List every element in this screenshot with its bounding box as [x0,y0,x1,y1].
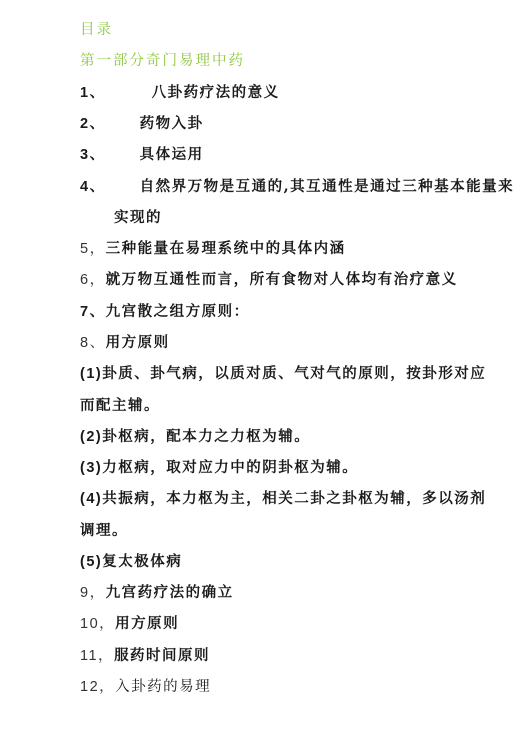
item-number: (5) [80,552,102,572]
item-number: 8、 [80,333,106,353]
toc-item-11[interactable]: 11，服药时间原则 [80,646,210,666]
toc-item-6[interactable]: 6，就万物互通性而言，所有食物对人体均有治疗意义 [80,270,458,290]
item-number: 3、 [80,145,106,165]
document-page: 目录 第一部分奇门易理中药 1、八卦药疗法的意义 2、药物入卦 3、具体运用 4… [0,0,527,753]
item-text: 卦枢病，配本力之力枢为辅。 [102,428,310,445]
item-text: 药物入卦 [140,115,204,132]
item-number: 10， [80,614,115,634]
item-text: 卦质、卦气病，以质对质、气对气的原则，按卦形对应 [102,365,486,382]
item-text: 九宫药疗法的确立 [106,584,234,601]
toc-item-3[interactable]: 3、具体运用 [80,145,204,165]
item-number: 7、 [80,302,106,322]
sub-item-4-continuation: 调理。 [80,521,128,541]
item-text: 共振病，本力枢为主，相关二卦之卦枢为辅，多以汤剂 [102,490,486,507]
item-text: 服药时间原则 [114,647,210,664]
item-number: 4、 [80,177,106,197]
toc-item-10[interactable]: 10，用方原则 [80,614,179,634]
item-number: 9， [80,583,106,603]
item-text: 八卦药疗法的意义 [152,84,280,101]
item-text: 用方原则 [115,615,179,632]
item-text: 入卦药的易理 [115,679,211,695]
item-number: (1) [80,364,102,384]
item-text: 自然界万物是互通的,其互通性是通过三种基本能量来 [140,178,515,195]
item-number: 6， [80,270,106,290]
toc-item-4[interactable]: 4、自然界万物是互通的,其互通性是通过三种基本能量来 [80,177,514,197]
toc-heading: 目录 [80,20,113,40]
item-text: 复太极体病 [102,553,182,570]
item-text: 就万物互通性而言，所有食物对人体均有治疗意义 [106,271,458,288]
sub-item-1[interactable]: (1)卦质、卦气病，以质对质、气对气的原则，按卦形对应 [80,364,486,384]
item-text: 九宫散之组方原则： [106,303,250,320]
sub-item-4[interactable]: (4)共振病，本力枢为主，相关二卦之卦枢为辅，多以汤剂 [80,489,486,509]
toc-item-7[interactable]: 7、九宫散之组方原则： [80,302,250,322]
toc-item-12[interactable]: 12，入卦药的易理 [80,677,211,697]
toc-item-4-continuation: 实现的 [114,208,162,228]
item-text: 用方原则 [106,334,170,351]
sub-item-1-continuation: 而配主辅。 [80,396,160,416]
part-title: 第一部分奇门易理中药 [80,51,245,71]
toc-item-2[interactable]: 2、药物入卦 [80,114,204,134]
item-number: 1、 [80,83,106,103]
item-number: (4) [80,489,102,509]
item-number: (2) [80,427,102,447]
toc-item-8[interactable]: 8、用方原则 [80,333,170,353]
toc-item-1[interactable]: 1、八卦药疗法的意义 [80,83,280,103]
toc-item-5[interactable]: 5，三种能量在易理系统中的具体内涵 [80,239,346,259]
item-text: 力枢病，取对应力中的阴卦枢为辅。 [102,459,358,476]
item-number: 12， [80,677,115,697]
item-number: (3) [80,458,102,478]
sub-item-3[interactable]: (3)力枢病，取对应力中的阴卦枢为辅。 [80,458,358,478]
item-text: 三种能量在易理系统中的具体内涵 [106,240,346,257]
toc-item-9[interactable]: 9，九宫药疗法的确立 [80,583,234,603]
sub-item-2[interactable]: (2)卦枢病，配本力之力枢为辅。 [80,427,310,447]
sub-item-5[interactable]: (5)复太极体病 [80,552,182,572]
item-text: 具体运用 [140,146,204,163]
item-number: 11， [80,646,114,666]
item-number: 2、 [80,114,106,134]
item-number: 5， [80,239,106,259]
